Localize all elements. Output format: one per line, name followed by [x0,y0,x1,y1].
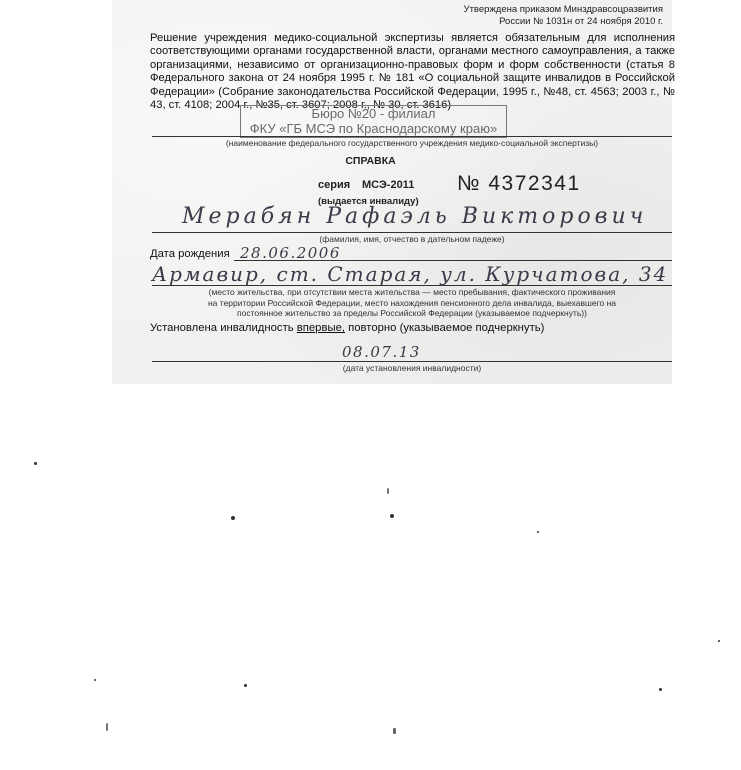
stamp-line-1: Бюро №20 - филиал [241,106,506,121]
scan-speck [393,728,396,734]
certificate-number: № 4372341 [457,172,581,196]
scan-speck [718,640,720,642]
scan-speck [390,514,394,518]
full-name-handwritten: Мерабян Рафаэль Викторович [182,204,647,229]
approval-line-1: Утверждена приказом Минздравсоцразвития [464,4,663,16]
institution-line [152,136,672,137]
address-caption-line-3: постоянное жительство за пределы Российс… [152,308,672,319]
stamp-line-2: ФКУ «ГБ МСЭ по Краснодарскому краю» [241,121,506,136]
scan-speck [537,531,539,533]
scan-speck [244,684,247,687]
disability-option-first-time: впервые, [297,322,345,334]
full-name-caption: (фамилия, имя, отчество в дательном паде… [152,234,672,245]
address-caption: (место жительства, при отсутствии места … [152,287,672,319]
disability-suffix: повторно (указываемое подчеркнуть) [348,322,544,334]
birth-date-line [234,260,672,261]
institution-stamp: Бюро №20 - филиал ФКУ «ГБ МСЭ по Краснод… [240,105,507,138]
address-handwritten: Армавир, ст. Старая, ул. Курчатова, 34 [152,262,668,286]
address-caption-line-1: (место жительства, при отсутствии места … [152,287,672,298]
disability-date-line [152,361,672,362]
scan-speck [94,679,96,681]
scan-speck [231,516,235,520]
disability-prefix: Установлена инвалидность [150,322,294,334]
disability-date-handwritten: 08.07.13 [342,343,421,361]
scan-speck [659,688,662,691]
approval-line-2: России № 1031н от 24 ноября 2010 г. [464,16,663,28]
scan-speck [387,488,389,494]
address-line [152,285,672,286]
institution-caption: (наименование федерального государственн… [152,138,672,149]
disability-date-caption: (дата установления инвалидности) [152,363,672,374]
scan-speck [34,462,37,465]
scan-speck [106,723,108,731]
legal-preamble: Решение учреждения медико-социальной экс… [150,32,675,112]
address-caption-line-2: на территории Российской Федерации, мест… [152,298,672,309]
series-value: МСЭ-2011 [362,179,414,191]
disability-statement: Установлена инвалидность впервые, повтор… [150,322,544,334]
approval-note: Утверждена приказом Минздравсоцразвития … [464,4,663,28]
series-label: серия [318,179,350,191]
full-name-line [152,232,672,233]
certificate-title: СПРАВКА [0,155,741,167]
birth-date-label: Дата рождения [150,248,230,260]
